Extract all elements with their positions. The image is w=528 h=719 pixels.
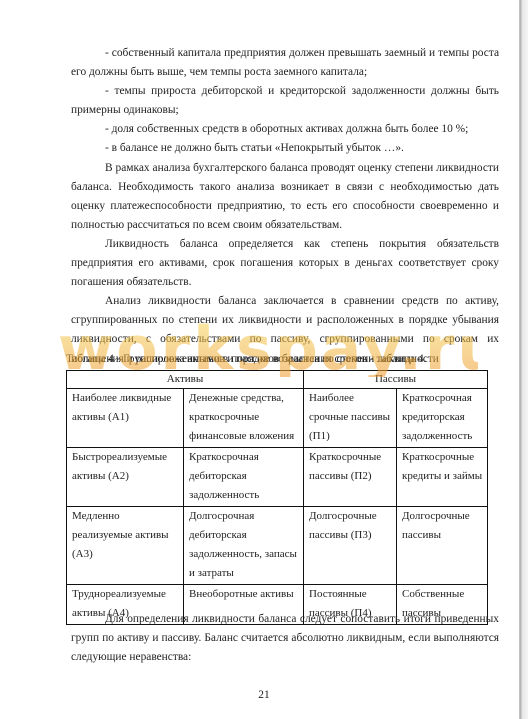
table-cell: Наиболее срочные пассивы (П1) (304, 389, 397, 448)
table-cell: Медленно реализуемые активы (А3) (67, 507, 184, 585)
table-row: Наиболее ликвидные активы (А1) Денежные … (67, 389, 488, 448)
body-text: - собственный капитала предприятия долже… (71, 44, 499, 369)
table-cell: Долгосрочные пассивы (397, 507, 488, 585)
after-table-text: Для определения ликвидности баланса след… (71, 610, 499, 667)
header-assets: Активы (67, 371, 304, 389)
paragraph: - собственный капитала предприятия долже… (71, 44, 499, 82)
page-edge (519, 0, 528, 719)
liquidity-grouping-table: Активы Пассивы Наиболее ликвидные активы… (66, 370, 488, 625)
header-liabilities: Пассивы (304, 371, 488, 389)
table-cell: Краткосрочные пассивы (П2) (304, 448, 397, 507)
table-cell: Наиболее ликвидные активы (А1) (67, 389, 184, 448)
table-row: Быстрореализуемые активы (А2) Краткосроч… (67, 448, 488, 507)
page-number: 21 (0, 689, 528, 701)
table-row: Медленно реализуемые активы (А3) Долгоср… (67, 507, 488, 585)
paragraph: - доля собственных средств в оборотных а… (71, 120, 499, 139)
table-cell: Краткосрочные кредиты и займы (397, 448, 488, 507)
table-cell: Долгосрочная дебиторская задолженность, … (184, 507, 304, 585)
table-cell: Денежные средства, краткосрочные финансо… (184, 389, 304, 448)
table-header-row: Активы Пассивы (67, 371, 488, 389)
paragraph: - в балансе не должно быть статьи «Непок… (71, 139, 499, 158)
table-cell: Краткосрочная дебиторская задолженность (184, 448, 304, 507)
table-caption: Таблица 4 - Группировка активов и пассив… (66, 351, 439, 367)
paragraph: В рамках анализа бухгалтерского баланса … (71, 159, 499, 235)
table-cell: Долгосрочные пассивы (П3) (304, 507, 397, 585)
paragraph: Для определения ликвидности баланса след… (71, 610, 499, 667)
paragraph: - темпы прироста дебиторской и кредиторс… (71, 82, 499, 120)
paragraph: Ликвидность баланса определяется как сте… (71, 235, 499, 292)
table-cell: Краткосрочная кредиторская задолженность (397, 389, 488, 448)
table-cell: Быстрореализуемые активы (А2) (67, 448, 184, 507)
